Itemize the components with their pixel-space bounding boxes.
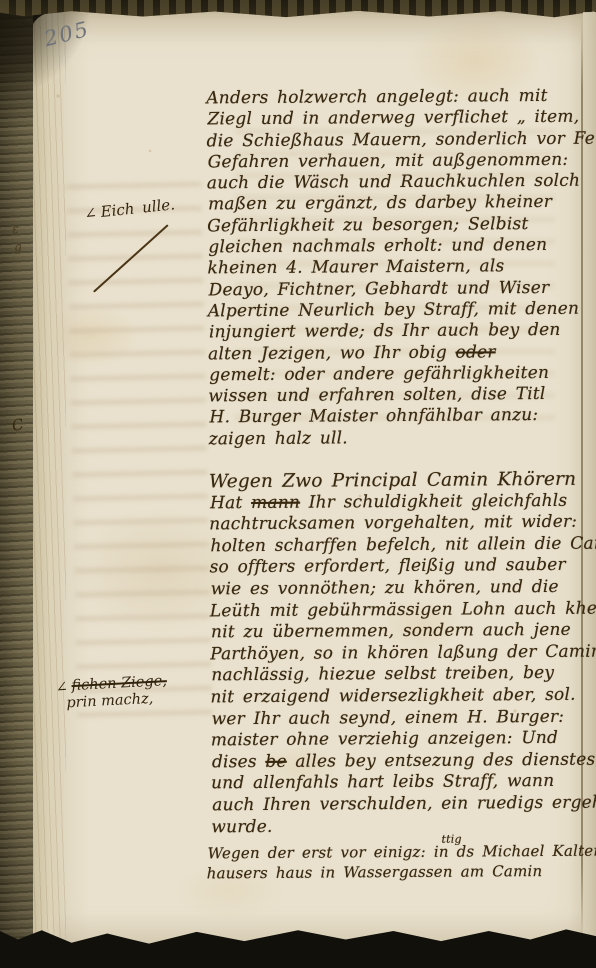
text-line: auch Ihren verschulden, ein ruedigs erge… [212, 793, 589, 817]
insertion-mark: ∠ [83, 203, 97, 222]
text-line: Wegen Zwo Principal Camin Khörern [209, 469, 587, 493]
interlinear-insertion: ttig [441, 834, 461, 845]
text-line: Parthöyen, so in khören laßung der Camin [210, 641, 588, 665]
spine-ink-mark: g [13, 240, 22, 255]
insertion-mark: ∠ [55, 679, 68, 696]
margin-note-2: ∠ fichen Ziege, prin machz, [55, 673, 168, 714]
text-line: holten scharffen befelch, nit allein die… [210, 534, 587, 558]
paragraph-2: Wegen Zwo Principal Camin Khörern Hat ma… [209, 469, 590, 839]
text-segment: Hat [210, 493, 251, 513]
text-line: gleichen nachmals erholt: und denen [208, 235, 585, 259]
text-segment: dises [212, 752, 266, 772]
text-line: die Schießhaus Mauern, sonderlich vor Fe… [207, 128, 585, 152]
text-line: Wegen der erst vor einigz: in ds Michael… [208, 842, 590, 864]
struck-text: mann [251, 492, 300, 512]
text-line: und allenfahls hart leibs Straff, wann [211, 771, 589, 795]
text-line: dises be alles bey entsezung des dienste… [212, 749, 589, 773]
text-line: H. Burger Maister ohnfählbar anzu: [209, 405, 586, 429]
manuscript-text: Anders holzwerch angelegt: auch mit Zieg… [206, 86, 590, 884]
text-line: wurde. [211, 814, 589, 838]
text-line: wie es vonnöthen; zu khören, und die [211, 577, 588, 601]
text-line: gemelt: oder andere gefährligkheiten [209, 363, 586, 387]
text-line: wer Ihr auch seynd, einem H. Burger: [212, 706, 589, 730]
text-line: wissen und erfahren solten, dise Titl [208, 384, 586, 408]
paragraph-3: ttig Wegen der erst vor einigz: in ds Mi… [207, 842, 590, 884]
text-line: auch die Wäsch und Rauchkuchlen solch [207, 171, 585, 195]
paragraph-1: Anders holzwerch angelegt: auch mit Zieg… [206, 86, 587, 451]
text-line: alten Jezigen, wo Ihr obig oder [208, 341, 586, 365]
text-line: injungiert werde; ds Ihr auch bey den [209, 320, 586, 344]
text-line: maister ohne verziehig anzeigen: Und [211, 728, 589, 752]
text-line: Alpertine Neurlich bey Straff, mit denen [208, 299, 586, 323]
text-line: kheinen 4. Maurer Maistern, als [207, 256, 585, 280]
text-line: Gefahren verhauen, mit außgenommen: [208, 150, 585, 174]
text-line: nachlässig, hiezue selbst treiben, bey [211, 663, 588, 687]
struck-text: oder [455, 342, 495, 362]
text-line: Ziegl und in anderweg verflichet „ item, [207, 107, 584, 131]
book-spine-binding [0, 0, 33, 968]
text-segment: Ihr schuldigkheit gleichfahls [300, 490, 567, 512]
text-line: Deayo, Fichtner, Gebhardt und Wiser [209, 277, 586, 301]
text-line: Leüth mit gebührmässigen Lohn auch khein [210, 598, 588, 622]
text-line: nit erzaigend widersezligkheit aber, sol… [210, 685, 588, 709]
text-line: nachtrucksamen vorgehalten, mit wider: [209, 512, 587, 536]
text-line: hausers haus in Wassergassen am Camin [207, 861, 590, 883]
text-line: nit zu übernemmen, sondern auch jene [211, 620, 588, 644]
text-line: zaigen halz ull. [209, 426, 587, 450]
text-segment: alten Jezigen, wo Ihr obig [208, 342, 456, 364]
text-line: Hat mann Ihr schuldigkheit gleichfahls [210, 490, 587, 514]
text-line: maßen zu ergänzt, ds darbey kheiner [208, 192, 585, 216]
manuscript-scan: 205 ε g C ∠Eich ulle. ∠ fichen Ziege, pr… [0, 0, 596, 968]
text-segment: alles bey entsezung des dienstes, [287, 749, 596, 771]
text-line: Gefährligkheit zu besorgen; Selbist [207, 213, 585, 237]
text-line: so offters erfordert, fleißig und sauber [210, 555, 588, 579]
struck-text: be [265, 752, 286, 772]
text-line: Anders holzwerch angelegt: auch mit [206, 86, 584, 110]
page-curled-edge [30, 13, 66, 951]
